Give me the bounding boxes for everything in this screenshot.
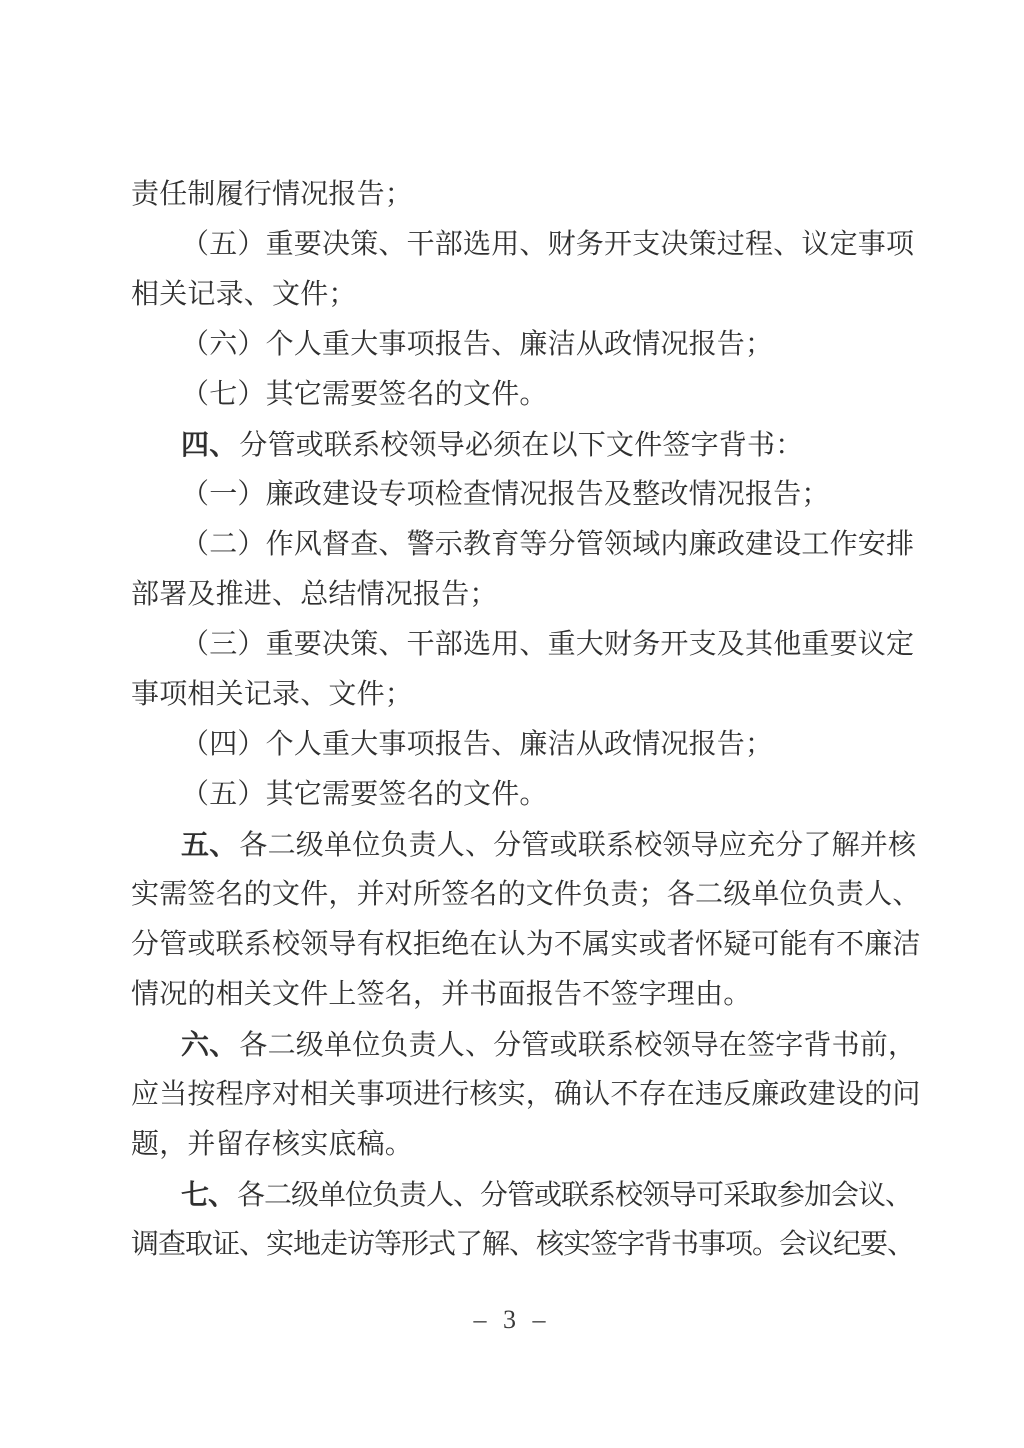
- line-text: （五）其它需要签名的文件。: [181, 779, 548, 810]
- text-line: 题，并留存核实底稿。: [131, 1120, 921, 1170]
- document-body: 责任制履行情况报告；（五）重要决策、干部选用、财务开支决策过程、议定事项相关记录…: [131, 170, 921, 1270]
- line-text: 各二级单位负责人、分管或联系校领导应充分了解并核: [239, 830, 916, 861]
- text-line: 部署及推进、总结情况报告；: [131, 570, 921, 620]
- line-text: （二）作风督查、警示教育等分管领域内廉政建设工作安排: [181, 529, 914, 560]
- text-line: （五）其它需要签名的文件。: [131, 770, 921, 820]
- line-text: 分管或联系校领导有权拒绝在认为不属实或者怀疑可能有不廉洁: [131, 929, 921, 960]
- text-line: 调查取证、实地走访等形式了解、核实签字背书事项。会议纪要、: [131, 1220, 921, 1270]
- text-line: （七）其它需要签名的文件。: [131, 370, 921, 420]
- text-line: 责任制履行情况报告；: [131, 170, 921, 220]
- line-text: 相关记录、文件；: [131, 279, 357, 310]
- line-text: 实需签名的文件，并对所签名的文件负责；各二级单位负责人、: [131, 879, 921, 910]
- line-text: 部署及推进、总结情况报告；: [131, 579, 498, 610]
- line-text: （七）其它需要签名的文件。: [181, 379, 548, 410]
- text-line: 情况的相关文件上签名，并书面报告不签字理由。: [131, 970, 921, 1020]
- text-line: 六、各二级单位负责人、分管或联系校领导在签字背书前，: [131, 1020, 921, 1070]
- line-text: （四）个人重大事项报告、廉洁从政情况报告；: [181, 729, 773, 760]
- line-text: 情况的相关文件上签名，并书面报告不签字理由。: [131, 979, 751, 1010]
- line-text: （一）廉政建设专项检查情况报告及整改情况报告；: [181, 479, 830, 510]
- line-text: 责任制履行情况报告；: [131, 179, 413, 210]
- text-line: 相关记录、文件；: [131, 270, 921, 320]
- line-text: 题，并留存核实底稿。: [131, 1129, 413, 1160]
- line-text: 各二级单位负责人、分管或联系校领导可采取参加会议、: [237, 1180, 912, 1211]
- line-text: 分管或联系校领导必须在以下文件签字背书：: [239, 430, 803, 461]
- text-line: （三）重要决策、干部选用、重大财务开支及其他重要议定: [131, 620, 921, 670]
- clause-number: 五、: [181, 829, 237, 860]
- text-line: 分管或联系校领导有权拒绝在认为不属实或者怀疑可能有不廉洁: [131, 920, 921, 970]
- clause-number: 六、: [181, 1029, 237, 1060]
- text-line: 实需签名的文件，并对所签名的文件负责；各二级单位负责人、: [131, 870, 921, 920]
- line-text: （六）个人重大事项报告、廉洁从政情况报告；: [181, 329, 773, 360]
- text-line: （一）廉政建设专项检查情况报告及整改情况报告；: [131, 470, 921, 520]
- line-text: （五）重要决策、干部选用、财务开支决策过程、议定事项: [181, 229, 914, 260]
- line-text: 各二级单位负责人、分管或联系校领导在签字背书前，: [239, 1030, 916, 1061]
- line-text: 调查取证、实地走访等形式了解、核实签字背书事项。会议纪要、: [131, 1229, 914, 1260]
- line-text: 应当按程序对相关事项进行核实，确认不存在违反廉政建设的问: [131, 1079, 921, 1110]
- clause-number: 四、: [181, 429, 237, 460]
- text-line: （六）个人重大事项报告、廉洁从政情况报告；: [131, 320, 921, 370]
- document-page: 责任制履行情况报告；（五）重要决策、干部选用、财务开支决策过程、议定事项相关记录…: [0, 0, 1024, 1448]
- clause-number: 七、: [181, 1179, 235, 1210]
- page-number: – 3 –: [0, 1298, 1024, 1342]
- text-line: 事项相关记录、文件；: [131, 670, 921, 720]
- text-line: 五、各二级单位负责人、分管或联系校领导应充分了解并核: [131, 820, 921, 870]
- text-line: （二）作风督查、警示教育等分管领域内廉政建设工作安排: [131, 520, 921, 570]
- line-text: 事项相关记录、文件；: [131, 679, 413, 710]
- line-text: （三）重要决策、干部选用、重大财务开支及其他重要议定: [181, 629, 914, 660]
- text-line: 四、分管或联系校领导必须在以下文件签字背书：: [131, 420, 921, 470]
- text-line: （四）个人重大事项报告、廉洁从政情况报告；: [131, 720, 921, 770]
- text-line: （五）重要决策、干部选用、财务开支决策过程、议定事项: [131, 220, 921, 270]
- text-line: 应当按程序对相关事项进行核实，确认不存在违反廉政建设的问: [131, 1070, 921, 1120]
- text-line: 七、各二级单位负责人、分管或联系校领导可采取参加会议、: [131, 1170, 921, 1220]
